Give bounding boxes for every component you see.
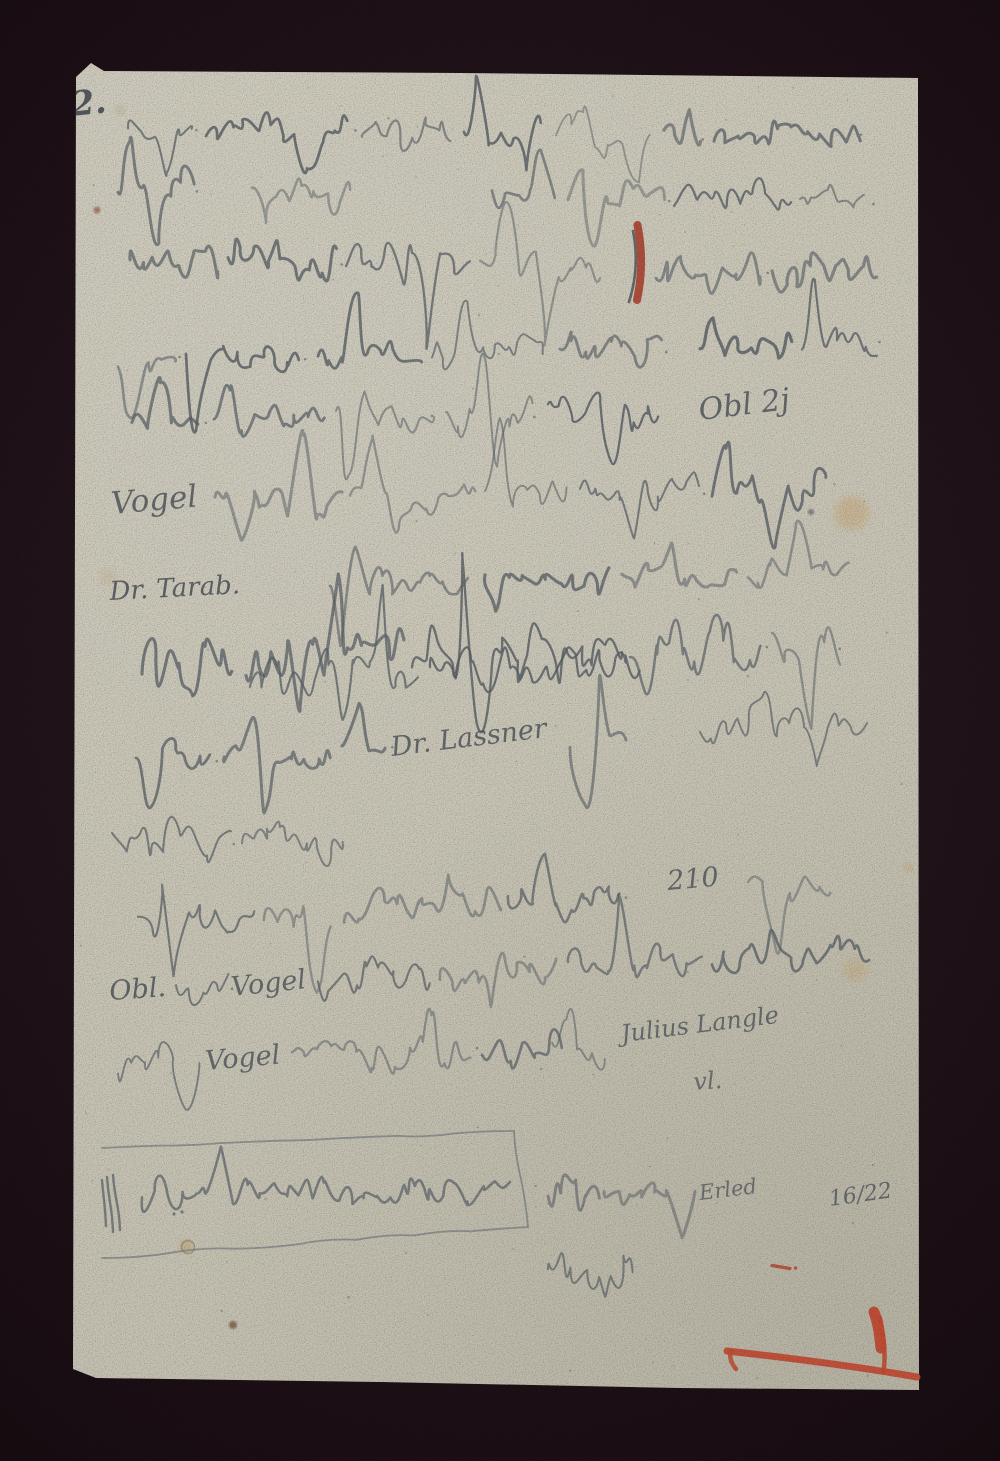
handwriting-overlay: 2.Obl 2jVogelDr. Tarab.Dr. Lassner210Obl… <box>0 0 1000 1461</box>
photo-grain <box>0 0 1000 1461</box>
photo-of-note: 2.Obl 2jVogelDr. Tarab.Dr. Lassner210Obl… <box>0 0 1000 1461</box>
